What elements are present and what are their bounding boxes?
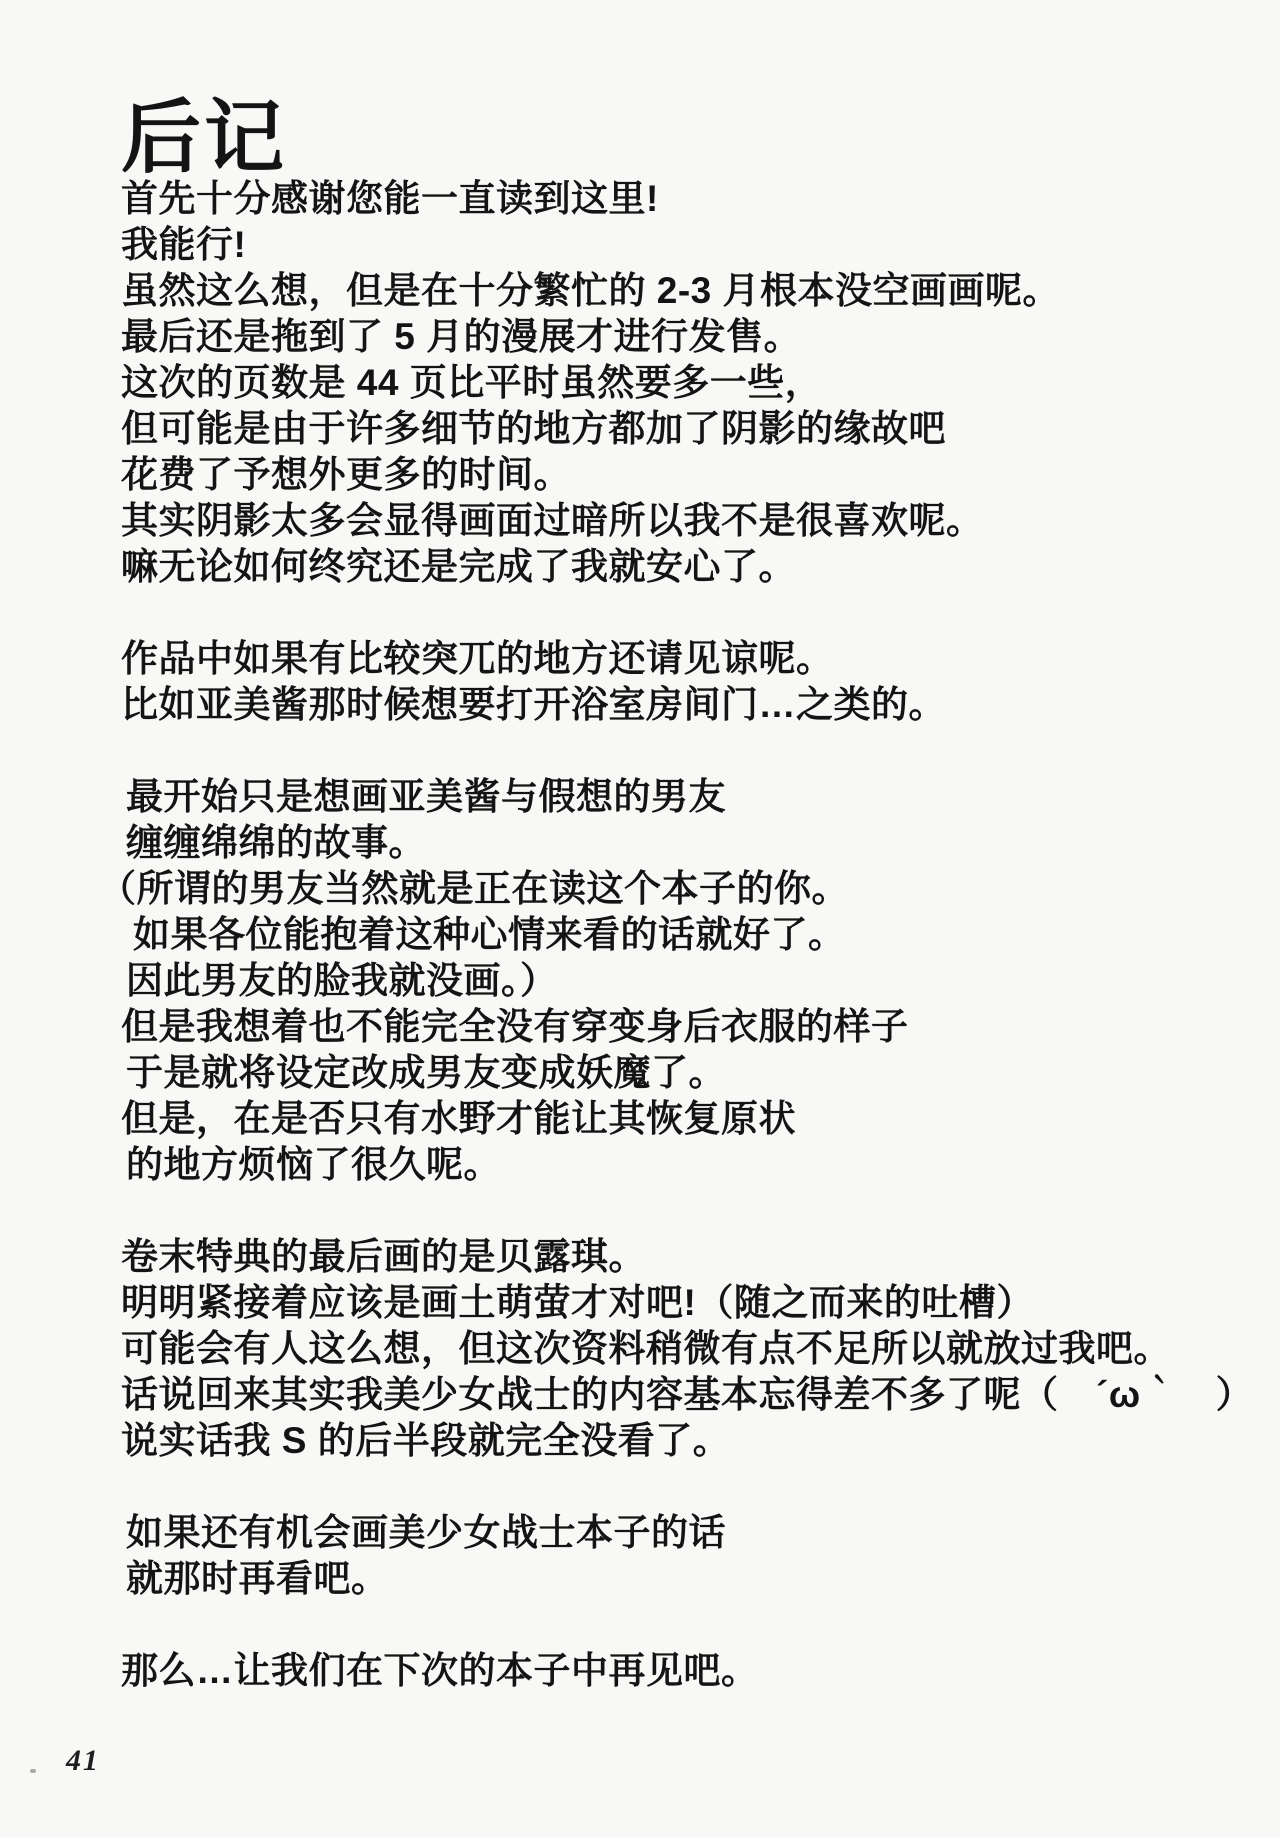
text-line: 说实话我 S 的后半段就完全没看了。 bbox=[121, 1418, 1253, 1464]
text-line: 明明紧接着应该是画土萌萤才对吧!（随之而来的吐槽） bbox=[121, 1280, 1253, 1326]
scanned-afterword-page: 后记 首先十分感谢您能一直读到这里! 我能行! 虽然这么想，但是在十分繁忙的 2… bbox=[0, 0, 1280, 1837]
text-line: 虽然这么想，但是在十分繁忙的 2-3 月根本没空画画呢。 bbox=[121, 268, 1253, 314]
text-line: 但是，在是否只有水野才能让其恢复原状 bbox=[121, 1096, 1253, 1142]
paragraph: 如果还有机会画美少女战士本子的话 就那时再看吧。 bbox=[121, 1510, 1253, 1602]
text-line: 花费了予想外更多的时间。 bbox=[121, 452, 1253, 498]
text-line: 最后还是拖到了 5 月的漫展才进行发售。 bbox=[121, 314, 1253, 360]
text-line: 因此男友的脸我就没画。） bbox=[126, 958, 1253, 1004]
text-line: 比如亚美酱那时候想要打开浴室房间门…之类的。 bbox=[121, 682, 1253, 728]
text-line: （所谓的男友当然就是正在读这个本子的你。 bbox=[99, 866, 1253, 912]
text-line: 首先十分感谢您能一直读到这里! bbox=[121, 176, 1253, 222]
text-line: 如果各位能抱着这种心情来看的话就好了。 bbox=[133, 912, 1253, 958]
text-line: 作品中如果有比较突兀的地方还请见谅呢。 bbox=[121, 636, 1253, 682]
page-number: 41 bbox=[66, 1744, 100, 1778]
paragraph: 那么…让我们在下次的本子中再见吧。 bbox=[121, 1648, 1253, 1694]
scan-speck bbox=[30, 1769, 36, 1773]
text-line: 其实阴影太多会显得画面过暗所以我不是很喜欢呢。 bbox=[121, 498, 1253, 544]
paragraph: 最开始只是想画亚美酱与假想的男友 缠缠绵绵的故事。 （所谓的男友当然就是正在读这… bbox=[121, 774, 1253, 1188]
text-line: 于是就将设定改成男友变成妖魔了。 bbox=[126, 1050, 1253, 1096]
text-line: 就那时再看吧。 bbox=[126, 1556, 1253, 1602]
text-line: 最开始只是想画亚美酱与假想的男友 bbox=[126, 774, 1253, 820]
paragraph: 卷末特典的最后画的是贝露琪。 明明紧接着应该是画土萌萤才对吧!（随之而来的吐槽）… bbox=[121, 1234, 1253, 1464]
text-line: 我能行! bbox=[121, 222, 1253, 268]
text-line: 卷末特典的最后画的是贝露琪。 bbox=[121, 1234, 1253, 1280]
page-title: 后记 bbox=[121, 98, 287, 178]
text-line: 缠缠绵绵的故事。 bbox=[126, 820, 1253, 866]
text-line: 嘛无论如何终究还是完成了我就安心了。 bbox=[121, 544, 1253, 590]
paragraph: 首先十分感谢您能一直读到这里! 我能行! 虽然这么想，但是在十分繁忙的 2-3 … bbox=[121, 176, 1253, 590]
text-line: 这次的页数是 44 页比平时虽然要多一些， bbox=[121, 360, 1253, 406]
text-line: 可能会有人这么想，但这次资料稍微有点不足所以就放过我吧。 bbox=[121, 1326, 1253, 1372]
text-line: 但是我想着也不能完全没有穿变身后衣服的样子 bbox=[121, 1004, 1253, 1050]
afterword-body: 首先十分感谢您能一直读到这里! 我能行! 虽然这么想，但是在十分繁忙的 2-3 … bbox=[121, 176, 1253, 1694]
text-line: 但可能是由于许多细节的地方都加了阴影的缘故吧 bbox=[121, 406, 1253, 452]
text-line: 如果还有机会画美少女战士本子的话 bbox=[126, 1510, 1253, 1556]
text-line: 那么…让我们在下次的本子中再见吧。 bbox=[121, 1648, 1253, 1694]
text-line: 话说回来其实我美少女战士的内容基本忘得差不多了呢（ ´ω｀ ） bbox=[121, 1372, 1253, 1418]
paragraph: 作品中如果有比较突兀的地方还请见谅呢。 比如亚美酱那时候想要打开浴室房间门…之类… bbox=[121, 636, 1253, 728]
text-line: 的地方烦恼了很久呢。 bbox=[126, 1142, 1253, 1188]
